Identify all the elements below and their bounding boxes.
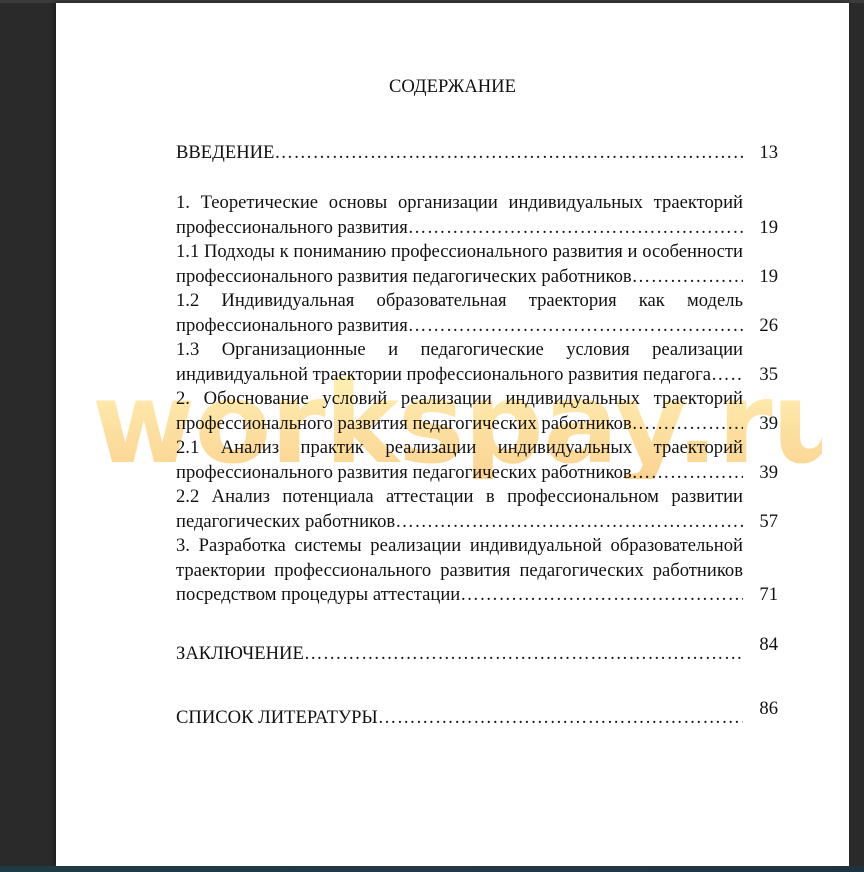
leader-dots: ………………………………………………………………………………………………………… [711,363,743,387]
toc-entry-text: профессионального развития [176,314,408,338]
toc-entry-line: траектории профессионального развития пе… [176,559,743,583]
toc-entry-text: профессионального развития педагогически… [176,461,632,485]
toc-entry-last-line: ВВЕДЕНИЕ……………………………………………………………………………………… [176,141,743,165]
toc-page-number: 35 [758,363,778,387]
toc-page-number: 71 [758,583,778,607]
toc-entry-last-line: индивидуальной траектории профессиональн… [176,363,743,387]
leader-dots: ………………………………………………………………………………………………………… [632,461,743,485]
toc-page-number: 26 [758,314,778,338]
leader-dots: ………………………………………………………………………………………………………… [395,510,743,534]
toc-page-number: 84 [758,633,778,657]
document-viewer: СОДЕРЖАНИЕ ВВЕДЕНИЕ………………………………………………………… [0,0,864,872]
toc-entry-line: 1.2 Индивидуальная образовательная траек… [176,289,743,313]
leader-dots: ………………………………………………………………………………………………………… [408,314,743,338]
toc-entry-line: 2. Обоснование условий реализации индиви… [176,387,743,411]
toc-entry-line: 2.2 Анализ потенциала аттестации в профе… [176,485,743,509]
toc-entry-text: ВВЕДЕНИЕ [176,141,274,165]
leader-dots: ………………………………………………………………………………………………………… [460,583,743,607]
toc-entry-text: индивидуальной траектории профессиональн… [176,363,711,387]
toc-entry-text: ЗАКЛЮЧЕНИЕ [176,642,304,666]
toc-entry-text: профессионального развития педагогически… [176,265,632,289]
leader-dots: ………………………………………………………………………………………………………… [304,642,743,666]
leader-dots: ………………………………………………………………………………………………………… [632,412,743,436]
toc-entry-line: 1.3 Организационные и педагогические усл… [176,338,743,362]
toc-entry-last-line: профессионального развития педагогически… [176,461,743,485]
leader-dots: ………………………………………………………………………………………………………… [632,265,743,289]
toc-page-number: 39 [758,461,778,485]
leader-dots: ………………………………………………………………………………………………………… [378,706,743,730]
toc-entry-last-line: профессионального развития педагогически… [176,412,743,436]
toc-entry-last-line: ЗАКЛЮЧЕНИЕ………………………………………………………………………………… [176,642,743,666]
toc-entry-text: посредством процедуры аттестации [176,583,460,607]
toc-page-number: 13 [758,141,778,165]
toc-entry-text: СПИСОК ЛИТЕРАТУРЫ [176,706,378,730]
toc-entry-last-line: посредством процедуры аттестации……………………… [176,583,743,607]
toc-entry-text: педагогических работников [176,510,395,534]
toc-entry-line: 1. Теоретические основы организации инди… [176,191,743,215]
toc-page-number: 19 [758,216,778,240]
viewer-bottom-strip [0,866,864,872]
document-page: СОДЕРЖАНИЕ ВВЕДЕНИЕ………………………………………………………… [56,3,849,866]
toc-entry-last-line: профессионального развития……………………………………… [176,314,743,338]
toc-entry-text: профессионального развития педагогически… [176,412,632,436]
toc-entry-line: 2.1 Анализ практик реализации индивидуал… [176,436,743,460]
toc-page-number: 57 [758,510,778,534]
toc-entry-last-line: профессионального развития педагогически… [176,265,743,289]
toc-entry-line: 1.1 Подходы к пониманию профессиональног… [176,240,743,264]
toc-entry-last-line: СПИСОК ЛИТЕРАТУРЫ……………………………………………………………… [176,706,743,730]
leader-dots: ………………………………………………………………………………………………………… [274,141,743,165]
toc-entry-last-line: профессионального развития……………………………………… [176,216,743,240]
leader-dots: ………………………………………………………………………………………………………… [408,216,743,240]
toc-page-number: 86 [758,697,778,721]
toc-page-number: 39 [758,412,778,436]
toc-entry-line: 3. Разработка системы реализации индивид… [176,534,743,558]
toc-entry-text: профессионального развития [176,216,408,240]
toc-page-number: 19 [758,265,778,289]
toc-entry-last-line: педагогических работников………………………………………… [176,510,743,534]
page-title: СОДЕРЖАНИЕ [56,76,849,98]
